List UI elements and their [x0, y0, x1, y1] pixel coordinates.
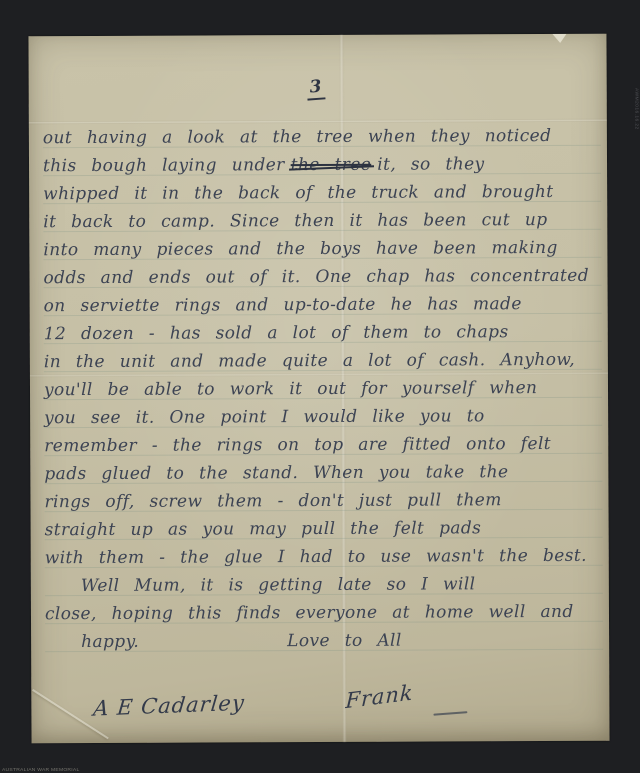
letter-line: into many pieces and the boys have been … [43, 234, 601, 264]
letter-line: in the unit and made quite a lot of cash… [44, 346, 602, 376]
archive-watermark: AUSTRALIAN WAR MEMORIAL [2, 766, 79, 772]
letter-line: pads glued to the stand. When you take t… [44, 458, 602, 488]
letter-line: close, hoping this finds everyone at hom… [45, 598, 603, 628]
letter-line-with-strikethrough: this bough laying underthe treeit, so th… [43, 150, 601, 180]
page-number: 3 [306, 76, 325, 100]
letter-text: this bough laying under [43, 155, 285, 176]
letter-line: 12 dozen - has sold a lot of them to cha… [44, 318, 602, 348]
archive-reference-label: AWM2016.16.22 [634, 88, 640, 130]
scan-background: AWM2016.16.22 3 out having a look at the… [0, 0, 640, 773]
letter-line: you see it. One point I would like you t… [44, 402, 602, 432]
letter-line: straight up as you may pull the felt pad… [45, 514, 603, 544]
signature-flourish [433, 711, 467, 716]
letter-text: it, so they [377, 154, 484, 174]
letter-line: rings off, screw them - don't just pull … [44, 486, 602, 516]
letter-line: out having a look at the tree when they … [43, 122, 601, 152]
letter-line: whipped it in the back of the truck and … [43, 178, 601, 208]
signature-first-name: Frank [345, 680, 414, 713]
letter-line: odds and ends out of it. One chap has co… [43, 262, 601, 292]
letter-line: remember - the rings on top are fitted o… [44, 430, 602, 460]
signature-surname: A E Cadarley [92, 691, 246, 721]
letter-line: it back to camp. Since then it has been … [43, 206, 601, 236]
closing-word: happy. [81, 628, 139, 656]
signature-row: A E Cadarley Frank [45, 682, 603, 734]
letter-line: with them - the glue I had to use wasn't… [45, 542, 603, 572]
closing-salutation: Love to All [287, 627, 402, 655]
letter-line: Well Mum, it is getting late so I will [45, 570, 603, 600]
letter-line: you'll be able to work it out for yourse… [44, 374, 602, 404]
closing-row: happy. Love to All [45, 626, 603, 656]
crossed-out-words: the tree [291, 155, 372, 175]
letter-line: on serviette rings and up-to-date he has… [44, 290, 602, 320]
letter-body: out having a look at the tree when they … [43, 122, 603, 656]
paper-tear-notch [552, 34, 566, 43]
letter-page: 3 out having a look at the tree when the… [28, 34, 609, 744]
